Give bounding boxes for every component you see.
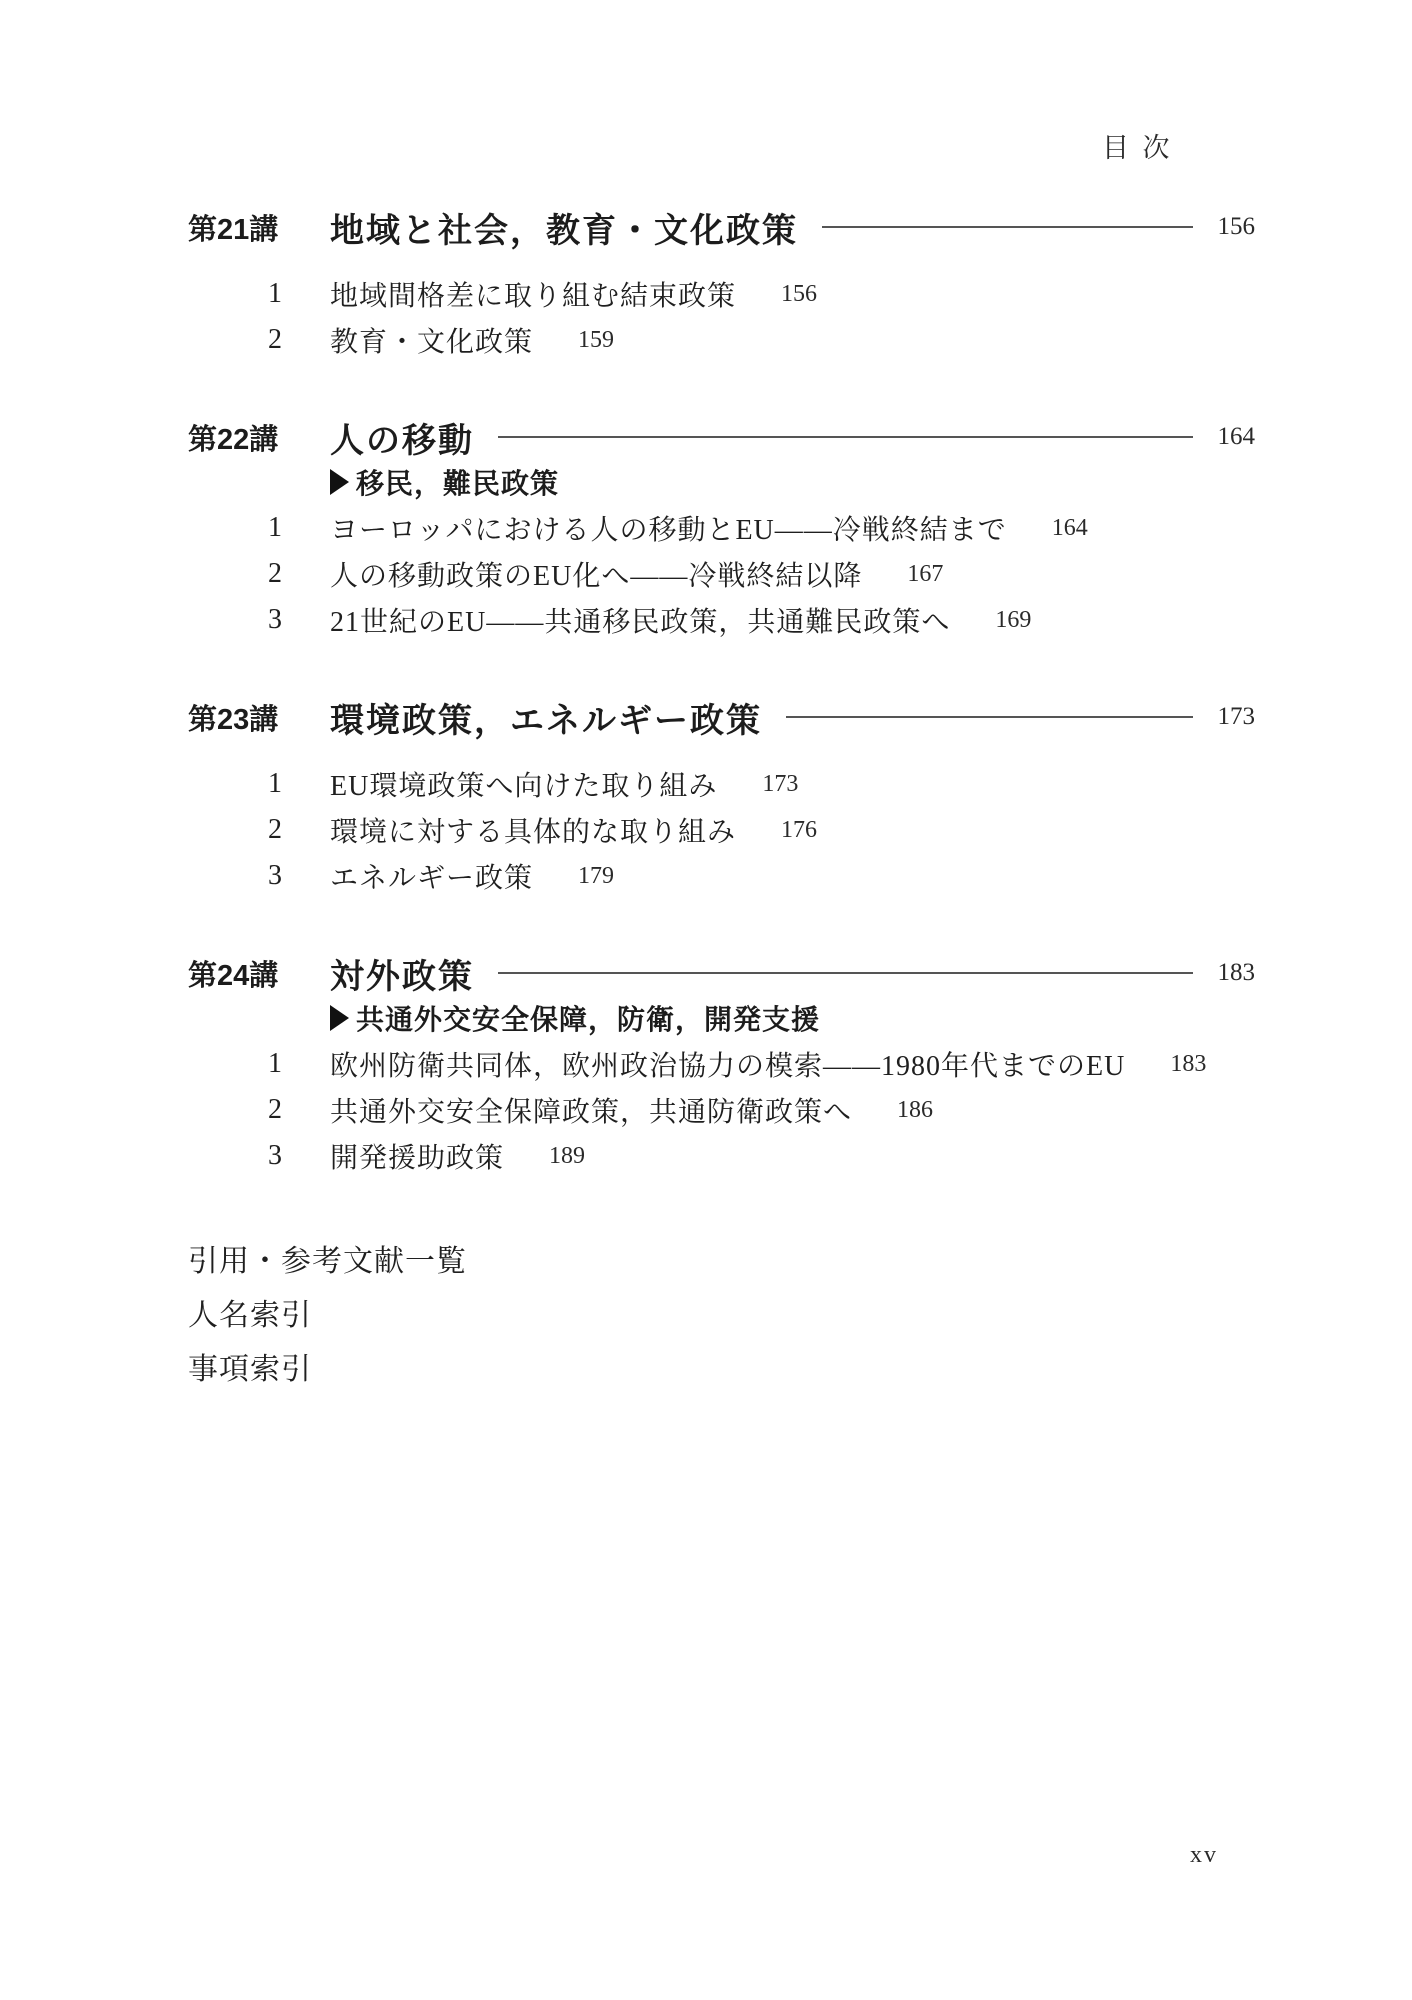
section-entry: 2 環境に対する具体的な取り組み 176 bbox=[188, 807, 1255, 853]
toc-content: 第21講 地域と社会，教育・文化政策 156 1 地域間格差に取り組む結束政策 … bbox=[188, 205, 1255, 1393]
backmatter-entry: 引用・参考文献一覧 bbox=[188, 1231, 1255, 1285]
section-page-number: 186 bbox=[897, 1097, 933, 1124]
section-title: エネルギー政策 bbox=[330, 856, 533, 896]
section-number: 2 bbox=[188, 814, 330, 846]
backmatter-entry: 事項索引 bbox=[188, 1339, 1255, 1393]
section-number: 2 bbox=[188, 1094, 330, 1126]
section-number: 3 bbox=[188, 604, 330, 636]
section-entry: 1 欧州防衛共同体，欧州政治協力の模索——1980年代までのEU 183 bbox=[188, 1041, 1255, 1087]
chapter-page-number: 164 bbox=[1207, 423, 1255, 451]
section-entry: 1 EU環境政策へ向けた取り組み 173 bbox=[188, 761, 1255, 807]
chapter-subtitle: 移民，難民政策 bbox=[330, 467, 1255, 497]
chapter-page-number: 156 bbox=[1207, 213, 1255, 241]
leader-line bbox=[822, 226, 1193, 228]
section-list: 1 EU環境政策へ向けた取り組み 173 2 環境に対する具体的な取り組み 17… bbox=[188, 761, 1255, 899]
toc-page: 目 次 第21講 地域と社会，教育・文化政策 156 1 地域間格差に取り組む結… bbox=[0, 0, 1412, 2000]
section-page-number: 189 bbox=[549, 1143, 585, 1170]
chapter-heading: 第24講 対外政策 183 bbox=[188, 951, 1255, 995]
section-entry: 3 21世紀のEU——共通移民政策，共通難民政策へ 169 bbox=[188, 597, 1255, 643]
section-entry: 3 開発援助政策 189 bbox=[188, 1133, 1255, 1179]
section-list: 1 地域間格差に取り組む結束政策 156 2 教育・文化政策 159 bbox=[188, 271, 1255, 363]
chapter-page-number: 183 bbox=[1207, 959, 1255, 987]
section-page-number: 179 bbox=[578, 863, 614, 890]
chapter-label: 第21講 bbox=[188, 207, 330, 248]
leader-line bbox=[786, 716, 1193, 718]
section-title: 教育・文化政策 bbox=[330, 320, 533, 360]
chapter-label: 第22講 bbox=[188, 417, 330, 458]
section-entry: 2 共通外交安全保障政策，共通防衛政策へ 186 bbox=[188, 1087, 1255, 1133]
section-entry: 1 ヨーロッパにおける人の移動とEU——冷戦終結まで 164 bbox=[188, 505, 1255, 551]
chapter-label: 第24講 bbox=[188, 953, 330, 994]
section-title: 21世紀のEU——共通移民政策，共通難民政策へ bbox=[330, 600, 950, 640]
section-page-number: 167 bbox=[907, 561, 943, 588]
section-title: ヨーロッパにおける人の移動とEU——冷戦終結まで bbox=[330, 508, 1007, 548]
chapter-title: 地域と社会，教育・文化政策 bbox=[330, 203, 798, 252]
section-list: 1 ヨーロッパにおける人の移動とEU——冷戦終結まで 164 2 人の移動政策の… bbox=[188, 505, 1255, 643]
section-page-number: 183 bbox=[1170, 1051, 1206, 1078]
chapter-heading: 第22講 人の移動 164 bbox=[188, 415, 1255, 459]
section-title: 開発援助政策 bbox=[330, 1136, 504, 1176]
section-title: 環境に対する具体的な取り組み bbox=[330, 810, 736, 850]
chapter-label: 第23講 bbox=[188, 697, 330, 738]
section-entry: 2 人の移動政策のEU化へ——冷戦終結以降 167 bbox=[188, 551, 1255, 597]
chapter-entry: 第21講 地域と社会，教育・文化政策 156 1 地域間格差に取り組む結束政策 … bbox=[188, 205, 1255, 363]
section-number: 1 bbox=[188, 512, 330, 544]
chapter-page-number: 173 bbox=[1207, 703, 1255, 731]
chapter-subtitle: 共通外交安全保障，防衛，開発支援 bbox=[330, 1003, 1255, 1033]
section-entry: 1 地域間格差に取り組む結束政策 156 bbox=[188, 271, 1255, 317]
section-page-number: 156 bbox=[781, 281, 817, 308]
chapter-subtitle-text: 移民，難民政策 bbox=[356, 462, 559, 502]
chapter-title: 環境政策，エネルギー政策 bbox=[330, 693, 762, 742]
section-number: 2 bbox=[188, 558, 330, 590]
page-number-footer: xv bbox=[1190, 1842, 1218, 1869]
section-number: 3 bbox=[188, 860, 330, 892]
chapter-title: 対外政策 bbox=[330, 949, 474, 998]
section-page-number: 169 bbox=[995, 607, 1031, 634]
chapter-heading: 第23講 環境政策，エネルギー政策 173 bbox=[188, 695, 1255, 739]
chapter-entry: 第24講 対外政策 183 共通外交安全保障，防衛，開発支援 1 欧州防衛共同体… bbox=[188, 951, 1255, 1179]
section-title: 人の移動政策のEU化へ——冷戦終結以降 bbox=[330, 554, 862, 594]
section-number: 1 bbox=[188, 1048, 330, 1080]
leader-line bbox=[498, 972, 1193, 974]
running-head: 目 次 bbox=[1102, 126, 1170, 165]
leader-line bbox=[498, 436, 1193, 438]
section-list: 1 欧州防衛共同体，欧州政治協力の模索——1980年代までのEU 183 2 共… bbox=[188, 1041, 1255, 1179]
triangle-bullet-icon bbox=[330, 1005, 349, 1031]
section-title: 共通外交安全保障政策，共通防衛政策へ bbox=[330, 1090, 852, 1130]
section-page-number: 159 bbox=[578, 327, 614, 354]
backmatter-entry: 人名索引 bbox=[188, 1285, 1255, 1339]
section-title: 地域間格差に取り組む結束政策 bbox=[330, 274, 736, 314]
chapter-entry: 第23講 環境政策，エネルギー政策 173 1 EU環境政策へ向けた取り組み 1… bbox=[188, 695, 1255, 899]
backmatter-list: 引用・参考文献一覧 人名索引 事項索引 bbox=[188, 1231, 1255, 1393]
chapter-heading: 第21講 地域と社会，教育・文化政策 156 bbox=[188, 205, 1255, 249]
section-title: EU環境政策へ向けた取り組み bbox=[330, 764, 717, 804]
section-number: 1 bbox=[188, 278, 330, 310]
section-entry: 3 エネルギー政策 179 bbox=[188, 853, 1255, 899]
chapter-title: 人の移動 bbox=[330, 413, 474, 462]
section-number: 3 bbox=[188, 1140, 330, 1172]
section-page-number: 164 bbox=[1052, 515, 1088, 542]
section-number: 2 bbox=[188, 324, 330, 356]
chapter-entry: 第22講 人の移動 164 移民，難民政策 1 ヨーロッパにおける人の移動とEU… bbox=[188, 415, 1255, 643]
section-page-number: 173 bbox=[762, 771, 798, 798]
triangle-bullet-icon bbox=[330, 469, 349, 495]
section-title: 欧州防衛共同体，欧州政治協力の模索——1980年代までのEU bbox=[330, 1044, 1125, 1084]
section-number: 1 bbox=[188, 768, 330, 800]
section-entry: 2 教育・文化政策 159 bbox=[188, 317, 1255, 363]
section-page-number: 176 bbox=[781, 817, 817, 844]
chapter-subtitle-text: 共通外交安全保障，防衛，開発支援 bbox=[356, 998, 820, 1038]
